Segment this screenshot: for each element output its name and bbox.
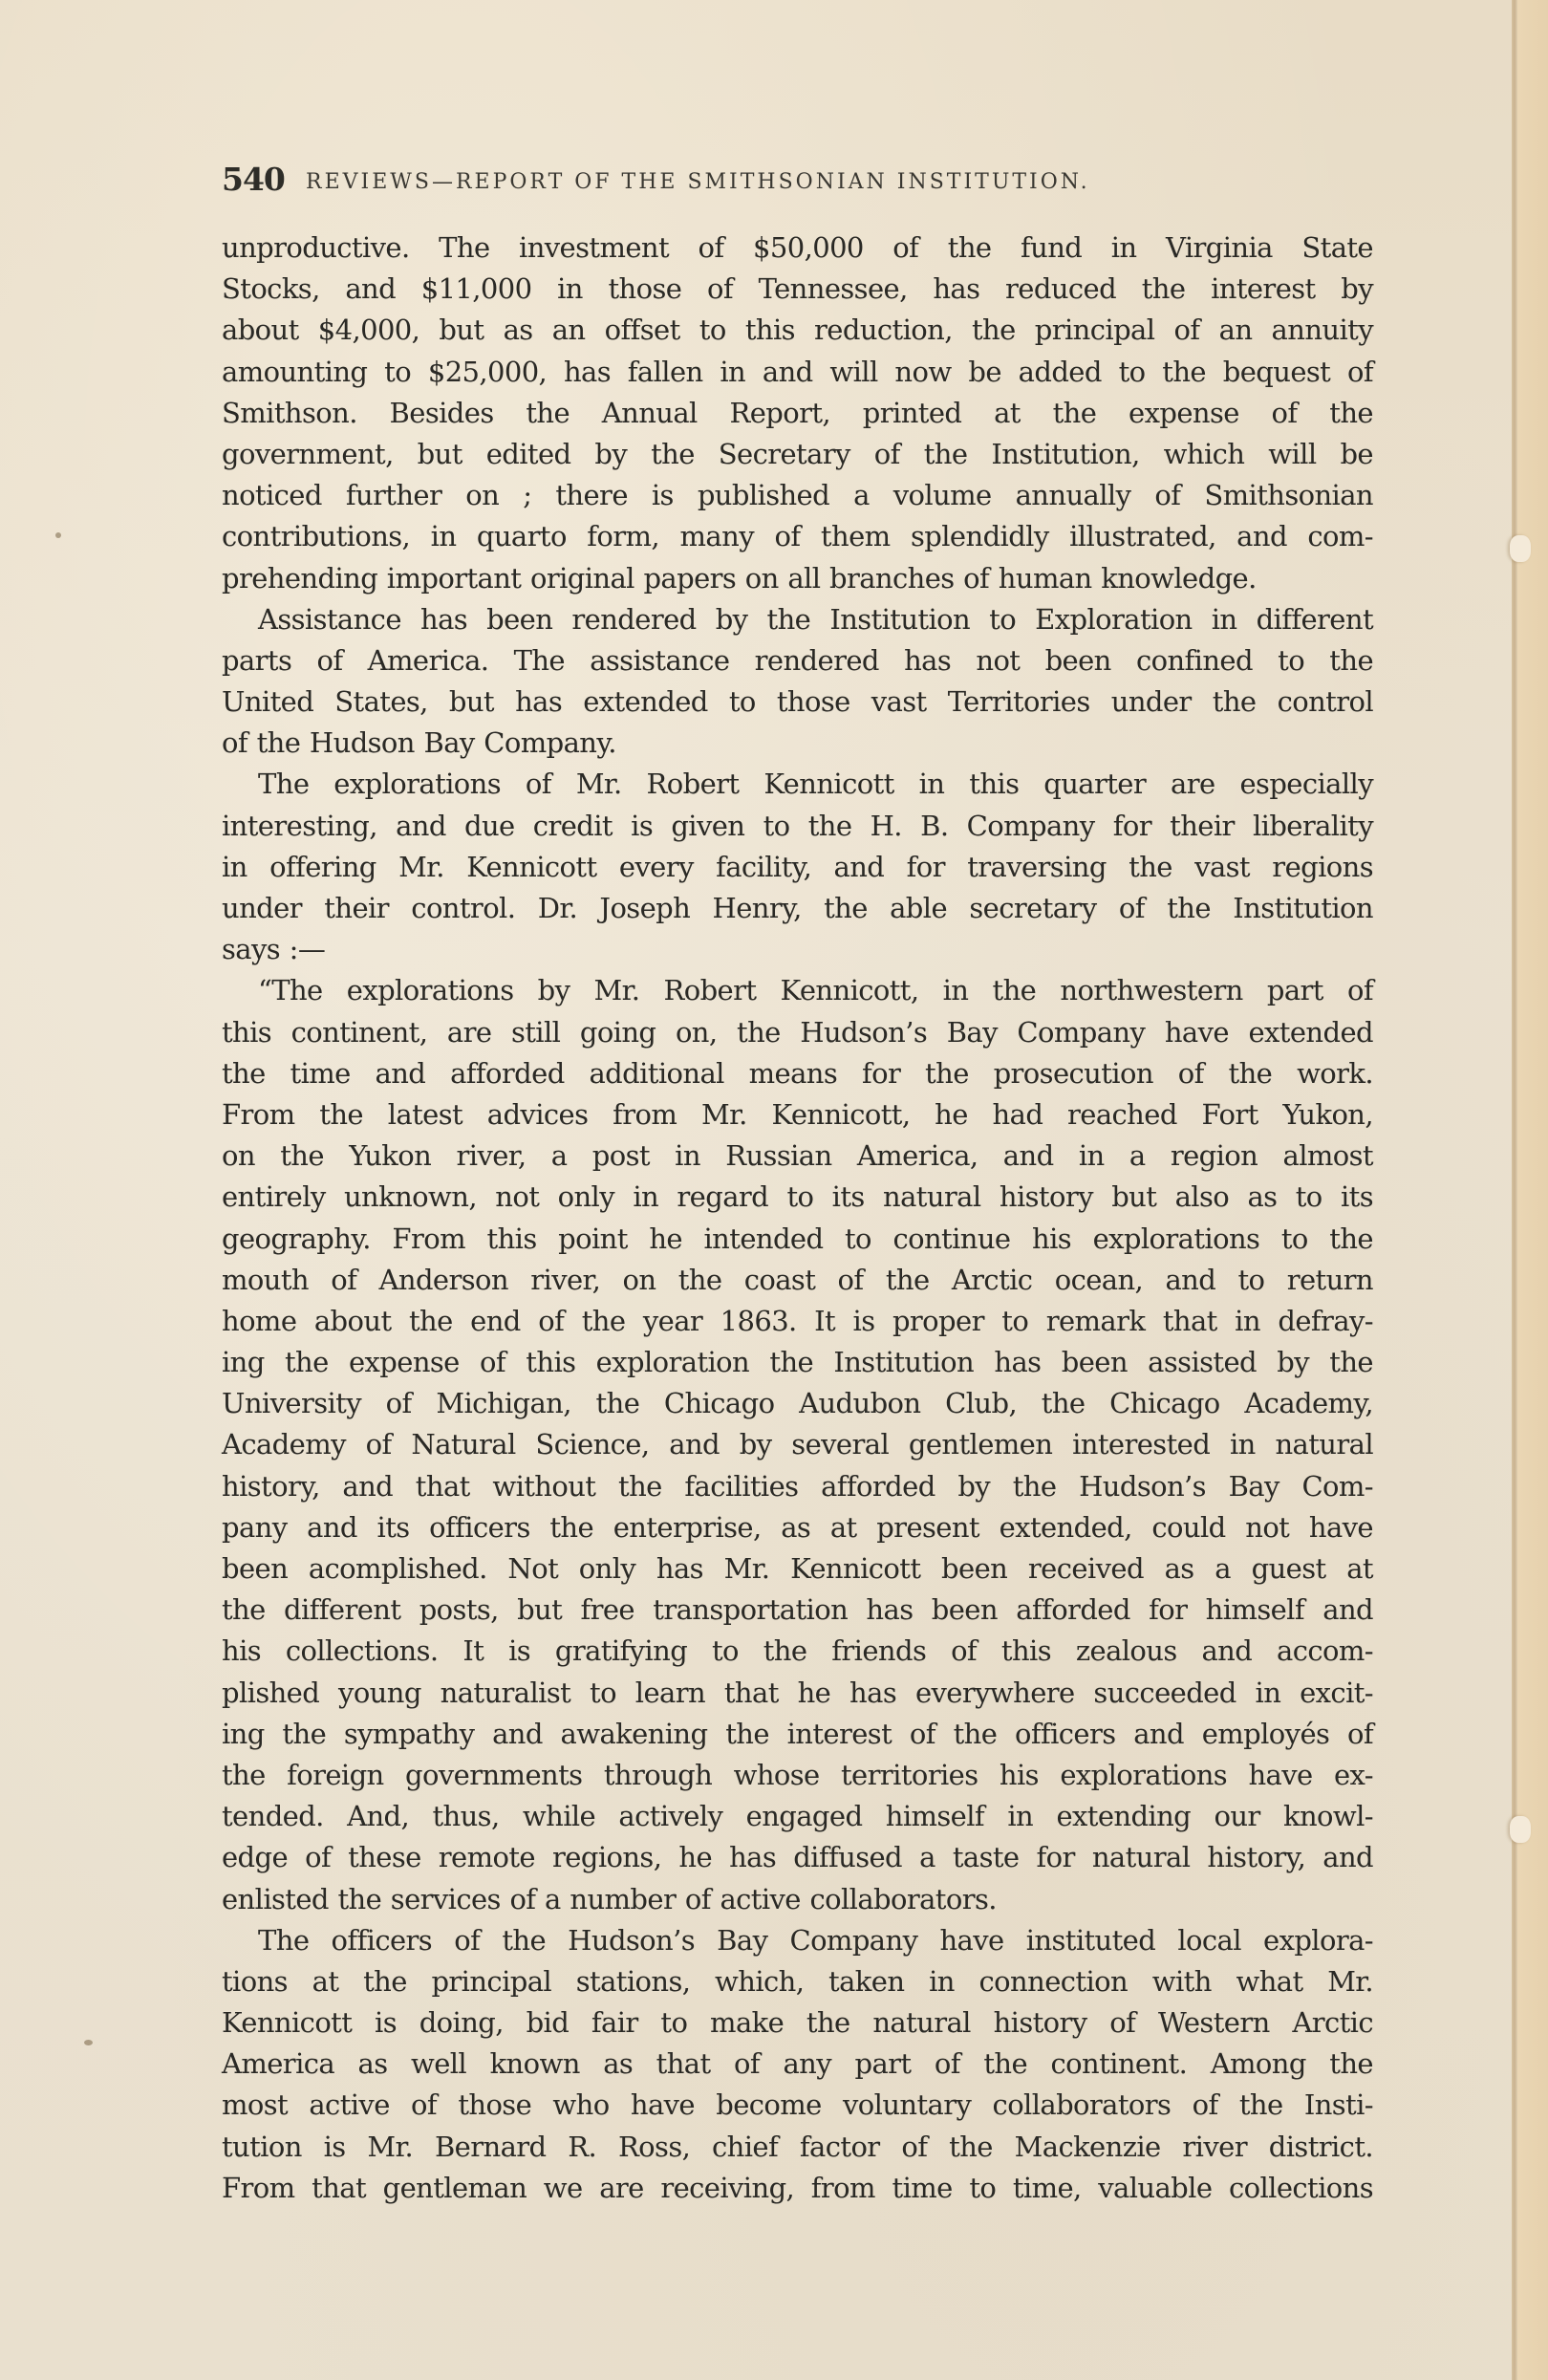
text-line: tended. And, thus, while actively engage…	[222, 1796, 1373, 1837]
text-line: pany and its officers the enterprise, as…	[222, 1507, 1373, 1548]
quoted-paragraph: “The explorations by Mr. Robert Kennicot…	[222, 970, 1373, 1919]
ink-speck	[84, 2040, 93, 2045]
text-line: entirely unknown, not only in regard to …	[222, 1177, 1373, 1218]
text-line: The explorations of Mr. Robert Kennicott…	[222, 764, 1373, 805]
text-line: Smithson. Besides the Annual Report, pri…	[222, 393, 1373, 434]
text-line: home about the end of the year 1863. It …	[222, 1301, 1373, 1342]
text-line: edge of these remote regions, he has dif…	[222, 1837, 1373, 1878]
text-line: in offering Mr. Kennicott every facility…	[222, 847, 1373, 888]
text-line: contributions, in quarto form, many of t…	[222, 516, 1373, 557]
text-line: the time and afforded additional means f…	[222, 1053, 1373, 1094]
text-line: the foreign governments through whose te…	[222, 1755, 1373, 1796]
text-line: Academy of Natural Science, and by sever…	[222, 1424, 1373, 1465]
text-line: “The explorations by Mr. Robert Kennicot…	[222, 970, 1373, 1011]
text-line: prehending important original papers on …	[222, 558, 1373, 599]
body-text: unproductive. The investment of $50,000 …	[222, 227, 1373, 2209]
text-line: noticed further on ; there is published …	[222, 475, 1373, 516]
text-line: ing the sympathy and awakening the inter…	[222, 1714, 1373, 1755]
page-header: 540 REVIEWS—REPORT OF THE SMITHSONIAN IN…	[222, 161, 1368, 208]
paragraph: The officers of the Hudson’s Bay Company…	[222, 1920, 1373, 2209]
text-line: on the Yukon river, a post in Russian Am…	[222, 1136, 1373, 1177]
paragraph: unproductive. The investment of $50,000 …	[222, 227, 1373, 599]
paper-tear-mark	[1510, 535, 1531, 562]
text-line: mouth of Anderson river, on the coast of…	[222, 1260, 1373, 1301]
text-line: The officers of the Hudson’s Bay Company…	[222, 1920, 1373, 1961]
facing-page-edge	[1517, 0, 1548, 2380]
text-line: history, and that without the facilities…	[222, 1466, 1373, 1507]
text-line: unproductive. The investment of $50,000 …	[222, 227, 1373, 269]
text-line: United States, but has extended to those…	[222, 682, 1373, 723]
paragraph: The explorations of Mr. Robert Kennicott…	[222, 764, 1373, 970]
text-line: Stocks, and $11,000 in those of Tennesse…	[222, 269, 1373, 310]
text-line: interesting, and due credit is given to …	[222, 806, 1373, 847]
text-line: America as well known as that of any par…	[222, 2044, 1373, 2085]
running-head: REVIEWS—REPORT OF THE SMITHSONIAN INSTIT…	[306, 170, 1090, 194]
page-number: 540	[222, 161, 285, 198]
text-line: this continent, are still going on, the …	[222, 1012, 1373, 1053]
ink-speck	[55, 532, 61, 538]
text-line: University of Michigan, the Chicago Audu…	[222, 1383, 1373, 1424]
text-line: under their control. Dr. Joseph Henry, t…	[222, 888, 1373, 929]
text-line: From the latest advices from Mr. Kennico…	[222, 1094, 1373, 1136]
text-line: parts of America. The assistance rendere…	[222, 640, 1373, 682]
text-line: about $4,000, but as an offset to this r…	[222, 310, 1373, 351]
text-line: Assistance has been rendered by the Inst…	[222, 599, 1373, 640]
text-line: ing the expense of this exploration the …	[222, 1342, 1373, 1383]
scanned-book-page: 540 REVIEWS—REPORT OF THE SMITHSONIAN IN…	[0, 0, 1548, 2380]
paragraph: Assistance has been rendered by the Inst…	[222, 599, 1373, 765]
text-line: enlisted the services of a number of act…	[222, 1879, 1373, 1920]
text-line: amounting to $25,000, has fallen in and …	[222, 352, 1373, 393]
text-line: Kennicott is doing, bid fair to make the…	[222, 2002, 1373, 2044]
text-line: tution is Mr. Bernard R. Ross, chief fac…	[222, 2127, 1373, 2168]
text-line: says :—	[222, 929, 1373, 970]
paper-tear-mark	[1510, 1816, 1531, 1843]
text-line: of the Hudson Bay Company.	[222, 723, 1373, 764]
text-line: the different posts, but free transporta…	[222, 1590, 1373, 1631]
text-line: most active of those who have become vol…	[222, 2085, 1373, 2126]
text-line: geography. From this point he intended t…	[222, 1219, 1373, 1260]
text-line: been acomplished. Not only has Mr. Kenni…	[222, 1548, 1373, 1590]
book-binding-gutter	[1512, 0, 1517, 2380]
text-line: plished young naturalist to learn that h…	[222, 1673, 1373, 1714]
text-line: tions at the principal stations, which, …	[222, 1961, 1373, 2002]
text-line: his collections. It is gratifying to the…	[222, 1631, 1373, 1672]
text-line: government, but edited by the Secretary …	[222, 434, 1373, 475]
text-line: From that gentleman we are receiving, fr…	[222, 2168, 1373, 2209]
